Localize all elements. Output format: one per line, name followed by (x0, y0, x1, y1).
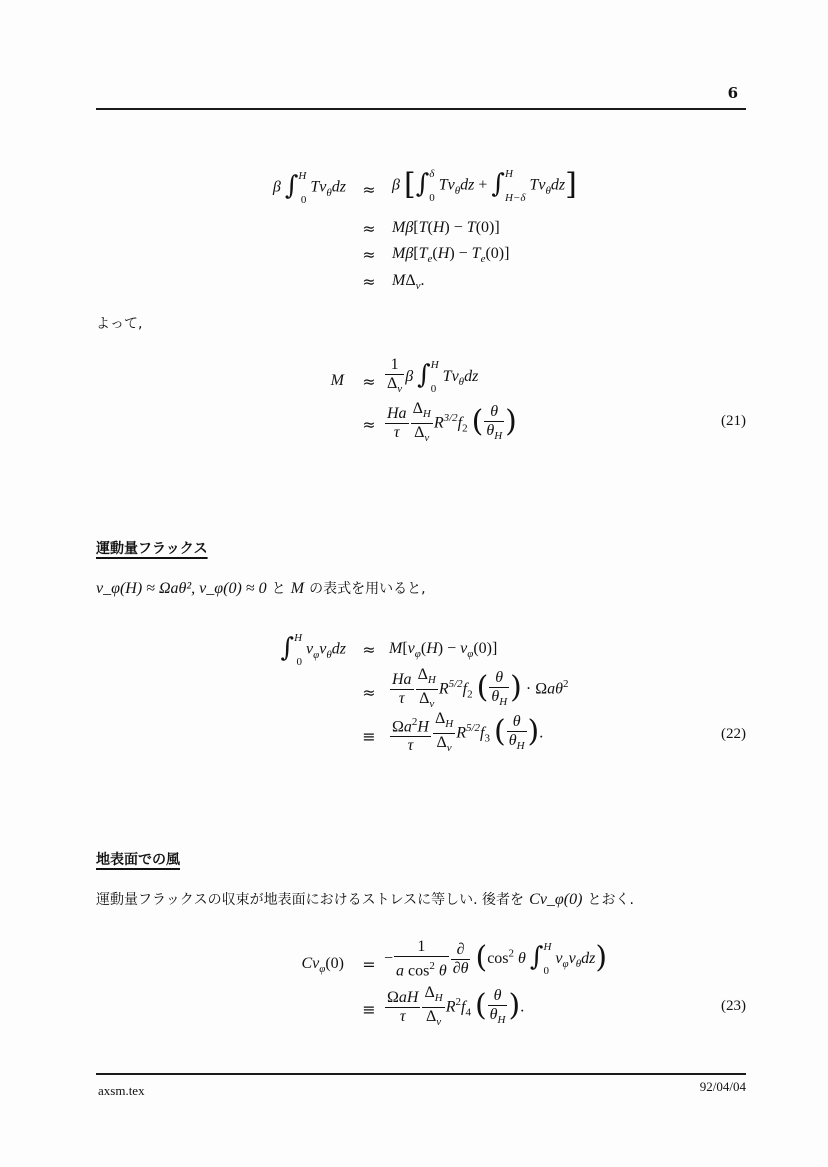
equation-lhs: β ∫H0Tvθdz (250, 170, 346, 206)
inline-math: Cv_φ(0) (529, 891, 582, 908)
equation-rhs: β [∫δ0Tvθdz + ∫HH−δTvθdz] (392, 168, 577, 204)
header-rule (96, 108, 746, 110)
footer-rule (96, 1073, 746, 1075)
equation-number: (22) (721, 726, 746, 743)
relation-symbol: ≈ (349, 683, 389, 702)
paragraph-text: 運動量フラックスの収束が地表面におけるストレスに等しい. 後者を Cv_φ(0)… (96, 889, 634, 909)
footer-date: 92/04/04 (700, 1079, 746, 1095)
relation-symbol: = (349, 955, 389, 974)
inline-math: v_φ(H) ≈ Ωaθ², v_φ(0) ≈ 0 (96, 580, 267, 597)
relation-symbol: ≈ (349, 180, 389, 199)
relation-symbol: ≈ (349, 272, 389, 291)
relation-symbol: ≈ (349, 415, 389, 434)
equation-number: (21) (721, 413, 746, 430)
equation-number: (23) (721, 998, 746, 1015)
page-number: 6 (728, 84, 738, 102)
relation-symbol: ≡ (349, 727, 389, 746)
paragraph-text: v_φ(H) ≈ Ωaθ², v_φ(0) ≈ 0 と M の表式を用いると, (96, 578, 426, 598)
inline-math: M (291, 580, 304, 597)
equation-rhs: 1Δvβ ∫H0Tvθdz (384, 356, 478, 398)
equation-rhs: Mβ[T(H) − T(0)] (392, 219, 500, 237)
equation-rhs: M[vφ(H) − vφ(0)] (389, 640, 497, 660)
relation-symbol: ≡ (349, 1000, 389, 1019)
equation-rhs: −1a cos2 θ∂∂θ (cos2 θ ∫H0vφvθdz) (384, 938, 607, 980)
equation-rhs: HaτΔHΔvR5/2f2 (θθH) · Ωaθ2 (389, 666, 568, 713)
equation-rhs: HaτΔHΔvR3/2f2 (θθH) (384, 400, 517, 447)
equation-rhs: MΔv. (392, 272, 425, 292)
equation-lhs: ∫H0vφvθdz (262, 632, 346, 668)
section-heading: 地表面での風 (96, 849, 180, 869)
relation-symbol: ≈ (349, 219, 389, 238)
equation-rhs: ΩaHτΔHΔvR2f4 (θθH). (384, 984, 524, 1031)
relation-symbol: ≈ (349, 640, 389, 659)
relation-symbol: ≈ (349, 372, 389, 391)
equation-rhs: Mβ[Te(H) − Te(0)] (392, 245, 509, 265)
equation-lhs: M (300, 372, 344, 390)
paragraph-text: よって, (96, 313, 142, 333)
equation-lhs: Cvφ(0) (240, 955, 344, 975)
relation-symbol: ≈ (349, 245, 389, 264)
equation-rhs: Ωa2HτΔHΔvR5/2f3 (θθH). (389, 710, 543, 757)
section-heading: 運動量フラックス (96, 538, 208, 558)
footer-filename: axsm.tex (98, 1083, 145, 1099)
